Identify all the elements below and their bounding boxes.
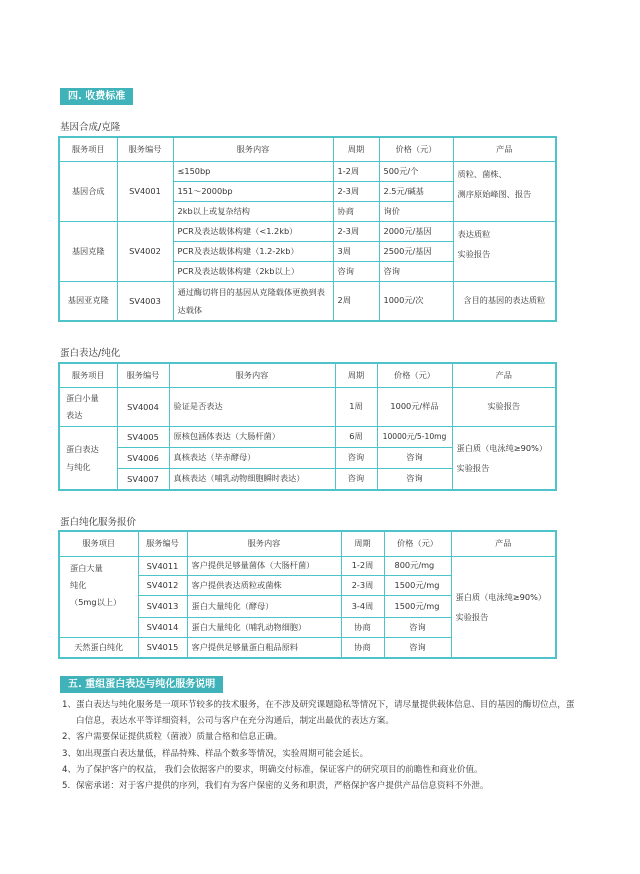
price-cell: 咨询 [379, 261, 453, 281]
price-cell: 1000元/次 [379, 281, 453, 321]
table-row: 基因克隆 SV4002 PCR及表达载体构建（<1.2kb） 2-3周 2000… [59, 221, 556, 241]
service-item-cell: 基因合成 [59, 161, 117, 221]
service-content-cell: 蛋白大量纯化（哺乳动物细胞） [187, 617, 341, 637]
note-item: 2、 客户需要保证提供质粒（菌液）质量合格和信息正确。 [62, 729, 582, 745]
note-text: 如出现蛋白表达量低，样品特殊、样品个数多等情况，实验周期可能会延长。 [76, 749, 368, 759]
header-cell: 服务内容 [187, 531, 341, 556]
note-text: 客户需要保证提供质粒（菌液）质量合格和信息正确。 [76, 732, 282, 742]
table-3-subtitle: 蛋白纯化服务报价 [60, 514, 136, 528]
price-cell: 1000元/样品 [377, 387, 452, 426]
price-cell: 咨询 [384, 637, 451, 658]
note-number: 5. [62, 778, 70, 794]
note-number: 2、 [62, 729, 76, 745]
price-cell: 500元/个 [379, 161, 453, 181]
service-code-cell: SV4006 [117, 447, 169, 468]
service-item-line: 蛋白小量 [66, 390, 113, 407]
service-code-cell: SV4004 [117, 387, 169, 426]
service-content-cell: 客户提供足够量菌体（大肠杆菌） [187, 556, 341, 575]
product-cell: 含目的基因的表达质粒 [453, 281, 556, 321]
product-line: 实验报告 [458, 244, 552, 264]
service-item-line: 蛋白大量 [70, 560, 134, 577]
service-code-cell: SV4011 [138, 556, 187, 575]
period-cell: 1周 [335, 387, 377, 426]
service-content-cell: 通过酶切将目的基因从克隆载体更换到表达载体 [173, 281, 333, 321]
service-item-line: 与纯化 [66, 458, 113, 476]
header-cell: 服务编号 [117, 363, 169, 387]
period-cell: 协商 [341, 617, 384, 637]
period-cell: 3-4周 [341, 595, 384, 617]
table-row: 蛋白大量 纯化 （5mg以上） SV4011 客户提供足够量菌体（大肠杆菌） 1… [59, 556, 556, 575]
price-cell: 询价 [379, 201, 453, 221]
note-number: 1、 [62, 697, 76, 713]
table-header-row: 服务项目 服务编号 服务内容 周期 价格（元） 产品 [59, 363, 556, 387]
service-code-cell: SV4003 [117, 281, 173, 321]
price-cell: 800元/mg [384, 556, 451, 575]
header-cell: 产品 [452, 363, 556, 387]
service-content-cell: PCR及表达载体构建（<1.2kb） [173, 221, 333, 241]
product-cell: 质粒、菌株、 测序原始峰图、报告 [453, 161, 556, 221]
protein-expression-table: 服务项目 服务编号 服务内容 周期 价格（元） 产品 蛋白小量 表达 SV400… [58, 362, 557, 491]
service-content-cell: 验证是否表达 [169, 387, 335, 426]
header-cell: 服务内容 [169, 363, 335, 387]
header-cell: 价格（元） [379, 137, 453, 161]
note-item: 3、 如出现蛋白表达量低，样品特殊、样品个数多等情况，实验周期可能会延长。 [62, 746, 582, 762]
note-number: 3、 [62, 746, 76, 762]
service-code-cell: SV4013 [138, 595, 187, 617]
service-content-cell: 真核表达（哺乳动物细胞瞬时表达） [169, 468, 335, 490]
gene-synthesis-table: 服务项目 服务编号 服务内容 周期 价格（元） 产品 基因合成 SV4001 ≤… [58, 136, 557, 322]
service-item-cell: 蛋白大量 纯化 （5mg以上） [59, 556, 138, 637]
note-item: 5. 保密承诺：对于客户提供的序列，我们有为客户保密的义务和职责，严格保护客户提… [62, 778, 582, 794]
service-code-cell: SV4005 [117, 426, 169, 447]
price-cell: 1500元/mg [384, 575, 451, 595]
period-cell: 咨询 [335, 468, 377, 490]
service-item-cell: 蛋白表达 与纯化 [59, 426, 117, 490]
service-code-cell: SV4014 [138, 617, 187, 637]
period-cell: 3周 [333, 241, 379, 261]
service-content-cell: PCR及表达载体构建（2kb以上） [173, 261, 333, 281]
service-item-cell: 天然蛋白纯化 [59, 637, 138, 658]
price-cell: 1500元/mg [384, 595, 451, 617]
service-content-cell: 151～2000bp [173, 181, 333, 201]
period-cell: 6周 [335, 426, 377, 447]
service-item-cell: 蛋白小量 表达 [59, 387, 117, 426]
period-cell: 1-2周 [341, 556, 384, 575]
header-cell: 价格（元） [377, 363, 452, 387]
service-content-cell: 2kb以上或复杂结构 [173, 201, 333, 221]
period-cell: 咨询 [335, 447, 377, 468]
price-cell: 咨询 [377, 468, 452, 490]
note-text: 保密承诺：对于客户提供的序列，我们有为客户保密的义务和职责，严格保护客户提供产品… [76, 781, 489, 791]
header-cell: 服务项目 [59, 363, 117, 387]
product-cell: 蛋白质（电泳纯≥90%） 实验报告 [451, 556, 556, 658]
service-code-cell: SV4012 [138, 575, 187, 595]
service-code-cell: SV4015 [138, 637, 187, 658]
note-item: 4、 为了保护客户的权益， 我们会依据客户的要求，明确交付标准，保证客户的研究项… [62, 762, 582, 778]
table-row: 蛋白表达 与纯化 SV4005 原核包涵体表达（大肠杆菌） 6周 10000元/… [59, 426, 556, 447]
period-cell: 咨询 [333, 261, 379, 281]
header-cell: 价格（元） [384, 531, 451, 556]
note-item: 1、 蛋白表达与纯化服务是一项环节较多的技术服务，在不涉及研究课题隐私等情况下，… [62, 697, 582, 729]
period-cell: 2-3周 [333, 221, 379, 241]
protein-purification-table: 服务项目 服务编号 服务内容 周期 价格（元） 产品 蛋白大量 纯化 （5mg以… [58, 530, 557, 659]
table-1-subtitle: 基因合成/克隆 [60, 119, 120, 133]
header-cell: 周期 [341, 531, 384, 556]
price-cell: 2.5元/碱基 [379, 181, 453, 201]
header-cell: 服务编号 [117, 137, 173, 161]
period-cell: 2-3周 [341, 575, 384, 595]
price-cell: 咨询 [377, 447, 452, 468]
price-cell: 2000元/基因 [379, 221, 453, 241]
product-cell: 实验报告 [452, 387, 556, 426]
header-cell: 服务编号 [138, 531, 187, 556]
note-number: 4、 [62, 762, 76, 778]
section-4-heading: 四. 收费标准 [60, 88, 133, 105]
service-content-cell: 客户提供表达质粒或菌株 [187, 575, 341, 595]
service-item-line: （5mg以上） [70, 594, 134, 611]
period-cell: 2-3周 [333, 181, 379, 201]
table-row: 蛋白小量 表达 SV4004 验证是否表达 1周 1000元/样品 实验报告 [59, 387, 556, 426]
service-content-cell: PCR及表达载体构建（1.2-2kb） [173, 241, 333, 261]
service-content-cell: 真核表达（毕赤酵母） [169, 447, 335, 468]
period-cell: 2周 [333, 281, 379, 321]
header-cell: 周期 [335, 363, 377, 387]
price-cell: 2500元/基因 [379, 241, 453, 261]
service-content-cell: ≤150bp [173, 161, 333, 181]
service-content-cell: 原核包涵体表达（大肠杆菌） [169, 426, 335, 447]
price-cell: 咨询 [384, 617, 451, 637]
service-item-cell: 基因克隆 [59, 221, 117, 281]
service-item-line: 纯化 [70, 577, 134, 594]
product-cell: 蛋白质（电泳纯≥90%） 实验报告 [452, 426, 556, 490]
table-2-subtitle: 蛋白表达/纯化 [60, 345, 120, 359]
header-cell: 周期 [333, 137, 379, 161]
section-5-heading: 五. 重组蛋白表达与纯化服务说明 [60, 676, 223, 693]
period-cell: 协商 [333, 201, 379, 221]
service-content-cell: 蛋白大量纯化（酵母） [187, 595, 341, 617]
note-text: 为了保护客户的权益， 我们会依据客户的要求，明确交付标准，保证客户的研究项目的前… [76, 765, 483, 775]
table-header-row: 服务项目 服务编号 服务内容 周期 价格（元） 产品 [59, 531, 556, 556]
service-code-cell: SV4002 [117, 221, 173, 281]
period-cell: 协商 [341, 637, 384, 658]
service-item-line: 蛋白表达 [66, 440, 113, 458]
product-line: 测序原始峰图、报告 [458, 184, 552, 204]
table-row: 基因亚克隆 SV4003 通过酶切将目的基因从克隆载体更换到表达载体 2周 10… [59, 281, 556, 321]
table-row: 基因合成 SV4001 ≤150bp 1-2周 500元/个 质粒、菌株、 测序… [59, 161, 556, 181]
table-header-row: 服务项目 服务编号 服务内容 周期 价格（元） 产品 [59, 137, 556, 161]
price-cell: 10000元/5-10mg [377, 426, 452, 447]
period-cell: 1-2周 [333, 161, 379, 181]
service-code-cell: SV4001 [117, 161, 173, 221]
product-line: 实验报告 [456, 607, 552, 627]
header-cell: 产品 [453, 137, 556, 161]
product-line: 表达质粒 [458, 224, 552, 244]
service-item-line: 表达 [66, 407, 113, 424]
header-cell: 服务项目 [59, 137, 117, 161]
service-content-cell: 客户提供足够量蛋白粗品原料 [187, 637, 341, 658]
header-cell: 服务项目 [59, 531, 138, 556]
product-line: 蛋白质（电泳纯≥90%） [456, 587, 552, 607]
header-cell: 服务内容 [173, 137, 333, 161]
note-text: 蛋白表达与纯化服务是一项环节较多的技术服务，在不涉及研究课题隐私等情况下，请尽量… [76, 700, 574, 726]
product-line: 实验报告 [457, 458, 552, 478]
service-item-cell: 基因亚克隆 [59, 281, 117, 321]
header-cell: 产品 [451, 531, 556, 556]
product-cell: 表达质粒 实验报告 [453, 221, 556, 281]
service-notes-list: 1、 蛋白表达与纯化服务是一项环节较多的技术服务，在不涉及研究课题隐私等情况下，… [62, 697, 582, 794]
product-line: 质粒、菌株、 [458, 164, 552, 184]
service-code-cell: SV4007 [117, 468, 169, 490]
product-line: 蛋白质（电泳纯≥90%） [457, 438, 552, 458]
